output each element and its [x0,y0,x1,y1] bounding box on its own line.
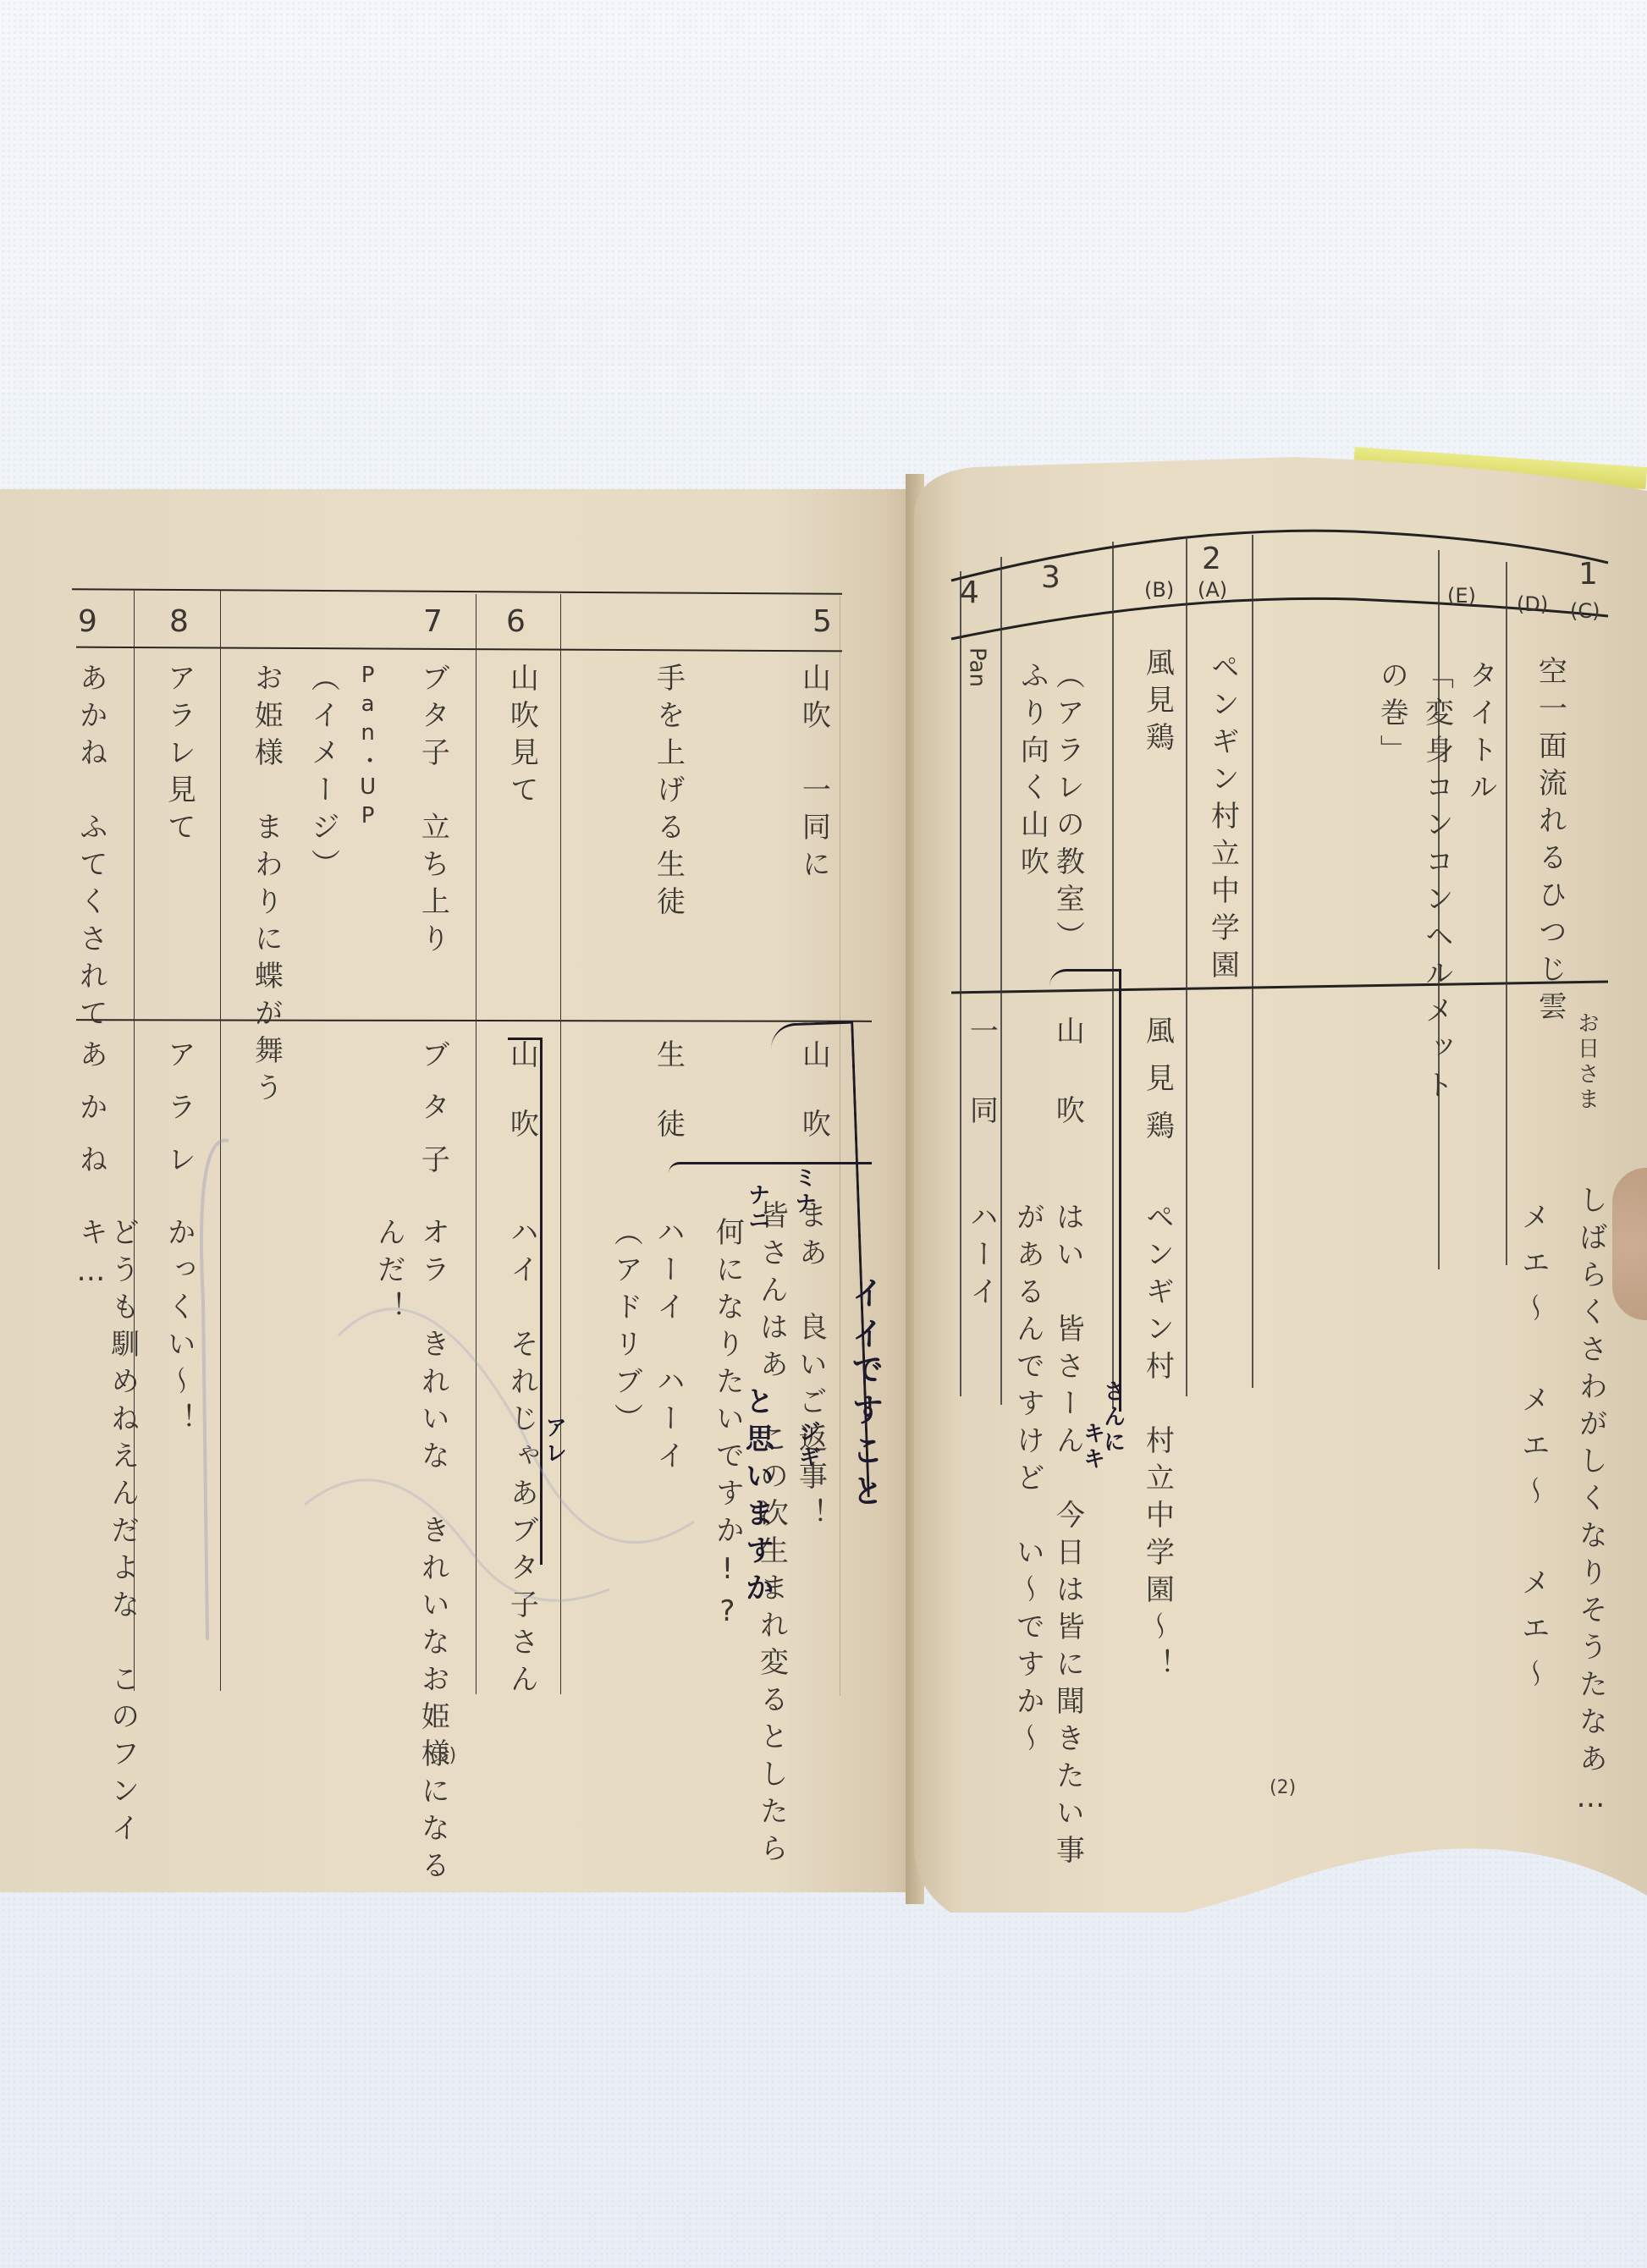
action-text: お姫様 まわりに蝶が舞う [250,663,281,1109]
header-rule [76,647,842,652]
cut-number: 9 [78,604,97,639]
cut-sub: (C) [1570,599,1600,623]
dialogue-line: があるんですけど い〜ですか〜 [1011,1202,1043,1760]
cut-number: 5 [812,604,832,639]
action-text: ペンギン村立中学園 [1206,652,1237,987]
cut-number: 7 [423,604,443,639]
pen-annotation: ですこと [846,1352,882,1515]
page-number: (3) [430,1745,456,1766]
right-page: 1 (C) (D) (E) 2 (A) (B) 3 4 空一面流れるひつじ雲 タ… [914,457,1647,1913]
action-text: （アラレの教室） [1051,660,1082,958]
dialogue-line: メエ〜 メエ〜 メエ〜 [1517,1202,1548,1704]
pen-annotation: イイ [846,1276,882,1357]
cut-number: 6 [506,604,526,639]
speaker: 風見鶏 [1141,1016,1172,1158]
finger-holding-page [1612,1168,1647,1320]
dialogue-line: ペンギン村 村立中学園〜！ [1141,1202,1172,1686]
action-text: ブタ子 立ち上り [416,663,448,961]
action-text: ふり向く山吹 [1016,660,1047,884]
action-text: 山吹見て [505,663,537,812]
cut-number: 4 [960,575,979,610]
action-text: 手を上げる生徒 [652,663,683,923]
cut-number: 8 [169,604,189,639]
cut-sub: (B) [1144,578,1174,602]
action-text: タイトル [1464,660,1496,809]
table-top-rule [72,588,842,595]
cut-number: 2 [1202,542,1221,576]
speaker: あかね [74,1039,106,1197]
page-number: (2) [1270,1777,1296,1798]
dialogue-line: どうも馴めねえんだよな このフンイキ… [74,1217,138,1892]
cut-sub: (A) [1198,578,1227,602]
action-text: Pan・UP [355,663,380,832]
left-page: 9 8 7 6 5 山吹 一同に 手を上げる生徒 山吹見て ブタ子 立ち上り P… [0,489,912,1892]
action-text: あかね ふてくされて [74,663,106,1035]
action-text: の巻」 [1375,660,1407,772]
dialogue-line: ハーイ [965,1202,996,1313]
action-text: 山吹 一同に [797,663,829,886]
cut-number: 1 [1578,557,1598,592]
action-dialogue-rule [76,1019,872,1022]
cut-number: 3 [1041,560,1060,595]
action-text: （イメージ） [306,663,338,886]
cut-sub: (E) [1447,584,1476,608]
pen-annotation: ジギ [796,1420,820,1471]
speaker: 一同 [965,1016,996,1175]
dialogue-line: しばらくさわがしくなりそうたなあ… [1574,1185,1606,1823]
speaker: お日さま [1574,1011,1599,1113]
cut-sub: (D) [1517,592,1548,616]
action-text: 「変身コンコンヘルメット [1420,660,1451,1107]
action-text: Pan [965,647,989,687]
action-text: 風見鶏 [1141,647,1172,759]
action-text: アラレ見て [162,663,194,849]
pen-annotation: ミナ [791,1166,816,1217]
pen-annotation: キキ [1080,1422,1104,1473]
action-text: 空一面流れるひつじ雲 [1534,656,1565,1028]
pencil-scribble [169,1082,762,1674]
annotation-bracket [1049,969,1121,1412]
